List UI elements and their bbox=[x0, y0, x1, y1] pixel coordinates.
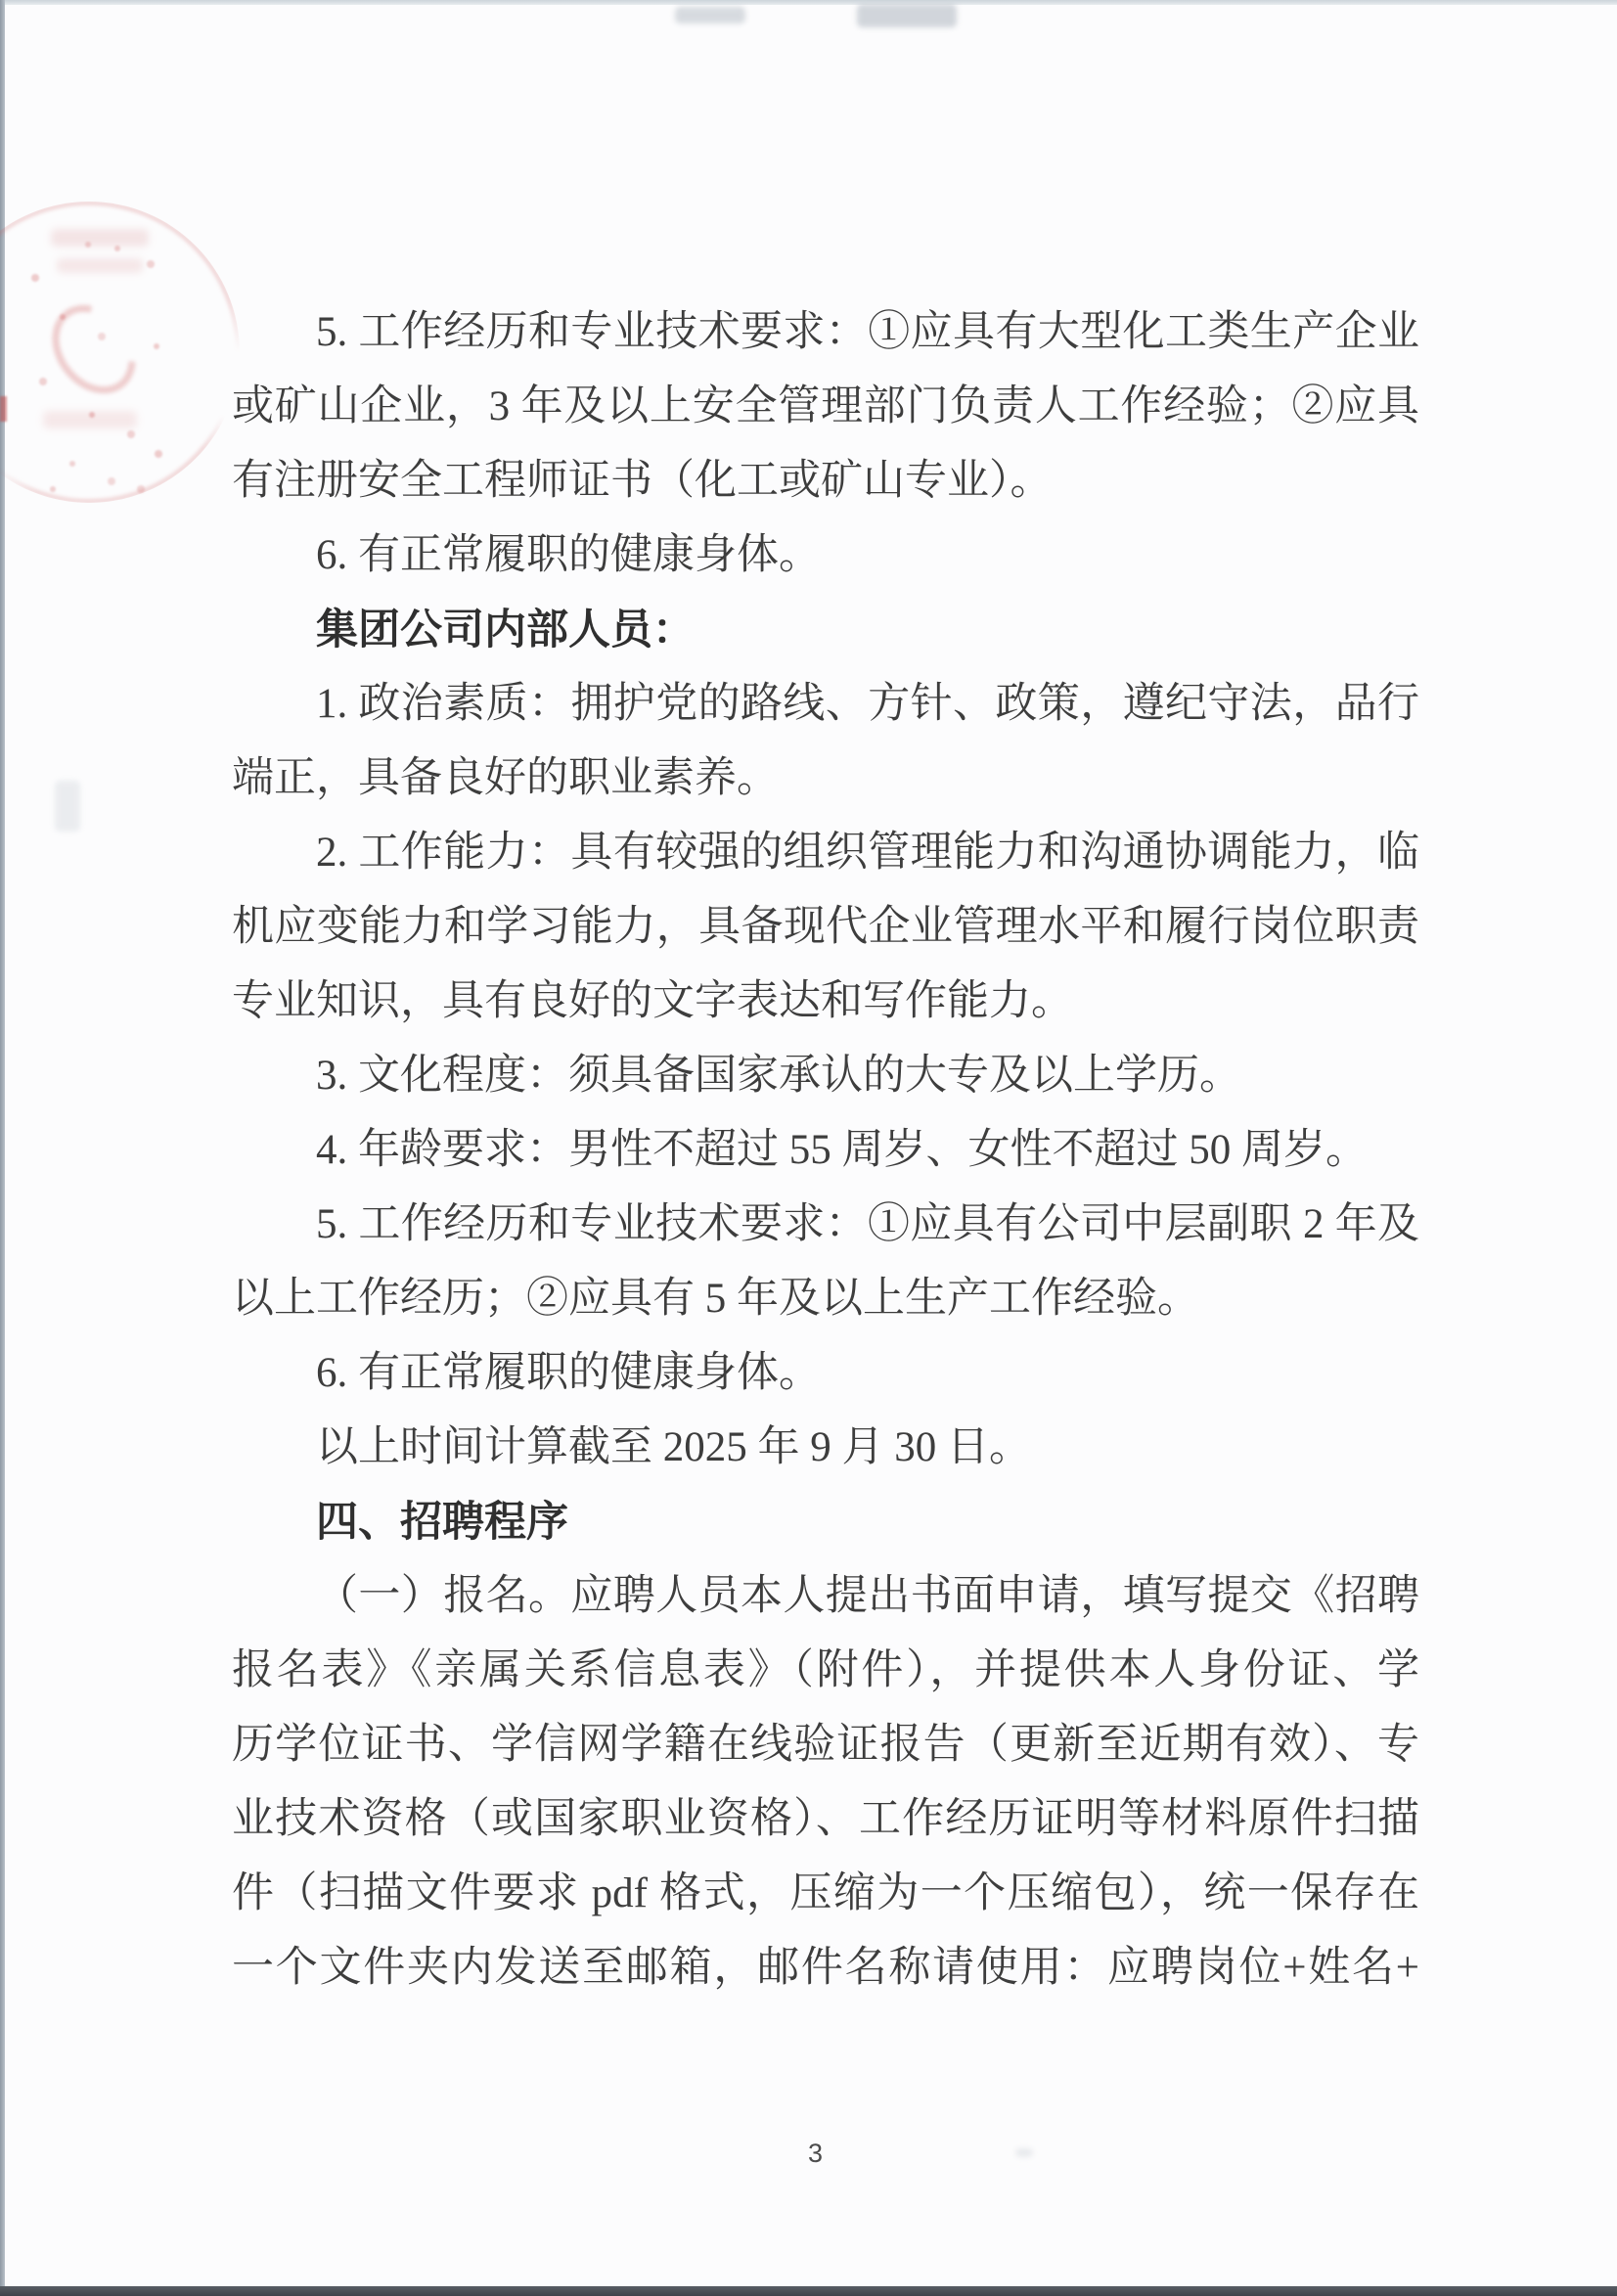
text-line: 6. 有正常履职的健康身体。 bbox=[232, 518, 1419, 593]
scan-edge-bottom bbox=[0, 2286, 1617, 2296]
seal-edge-mark bbox=[0, 396, 7, 422]
text-line: （一）报名。应聘人员本人提出书面申请，填写提交《招聘 bbox=[232, 1559, 1419, 1634]
scan-smudge bbox=[55, 781, 80, 832]
text-line: 3. 文化程度：须具备国家承认的大专及以上学历。 bbox=[232, 1039, 1419, 1113]
text-line: 专业知识，具有良好的文字表达和写作能力。 bbox=[232, 965, 1419, 1039]
text-line: 5. 工作经历和专业技术要求：①应具有大型化工类生产企业 bbox=[232, 295, 1419, 370]
text-line: 6. 有正常履职的健康身体。 bbox=[232, 1336, 1419, 1411]
text-line: 报名表》《亲属关系信息表》（附件），并提供本人身份证、学 bbox=[232, 1634, 1419, 1708]
text-line: 2. 工作能力：具有较强的组织管理能力和沟通协调能力，临 bbox=[232, 816, 1419, 890]
section-heading-line: 集团公司内部人员： bbox=[232, 593, 1419, 667]
seal-text-blur bbox=[43, 411, 137, 428]
text-line: 1. 政治素质：拥护党的路线、方针、政策，遵纪守法，品行 bbox=[232, 667, 1419, 742]
scan-smudge bbox=[675, 7, 745, 23]
text-line: 一个文件夹内发送至邮箱，邮件名称请使用：应聘岗位+姓名+ bbox=[232, 1931, 1419, 2005]
scan-smudge bbox=[857, 4, 957, 27]
scan-edge-left bbox=[0, 0, 5, 2296]
text-line: 件（扫描文件要求 pdf 格式，压缩为一个压缩包），统一保存在 bbox=[232, 1857, 1419, 1931]
seal-ring-arc bbox=[0, 202, 240, 503]
text-line: 以上时间计算截至 2025 年 9 月 30 日。 bbox=[232, 1411, 1419, 1485]
text-line: 历学位证书、学信网学籍在线验证报告（更新至近期有效）、专 bbox=[232, 1708, 1419, 1782]
text-line: 机应变能力和学习能力，具备现代企业管理水平和履行岗位职责 bbox=[232, 890, 1419, 965]
text-line: 以上工作经历；②应具有 5 年及以上生产工作经验。 bbox=[232, 1262, 1419, 1336]
text-line: 端正，具备良好的职业素养。 bbox=[232, 742, 1419, 816]
seal-text-blur bbox=[51, 229, 149, 247]
text-line: 5. 工作经历和专业技术要求：①应具有公司中层副职 2 年及 bbox=[232, 1188, 1419, 1262]
text-line: 有注册安全工程师证书（化工或矿山专业）。 bbox=[232, 444, 1419, 518]
red-seal-stamp bbox=[0, 186, 254, 518]
document-body: 5. 工作经历和专业技术要求：①应具有大型化工类生产企业或矿山企业，3 年及以上… bbox=[232, 295, 1419, 2005]
text-line: 或矿山企业，3 年及以上安全管理部门负责人工作经验；②应具 bbox=[232, 370, 1419, 444]
seal-text-blur bbox=[57, 258, 143, 273]
section-heading-line: 四、招聘程序 bbox=[232, 1485, 1419, 1559]
seal-inner-mark bbox=[35, 289, 153, 410]
text-line: 业技术资格（或国家职业资格）、工作经历证明等材料原件扫描 bbox=[232, 1782, 1419, 1857]
scanned-document-page: 5. 工作经历和专业技术要求：①应具有大型化工类生产企业或矿山企业，3 年及以上… bbox=[0, 0, 1617, 2296]
page-number: 3 bbox=[0, 2138, 1617, 2169]
text-line: 4. 年龄要求：男性不超过 55 周岁、女性不超过 50 周岁。 bbox=[232, 1113, 1419, 1188]
scan-edge-top bbox=[0, 0, 1617, 5]
